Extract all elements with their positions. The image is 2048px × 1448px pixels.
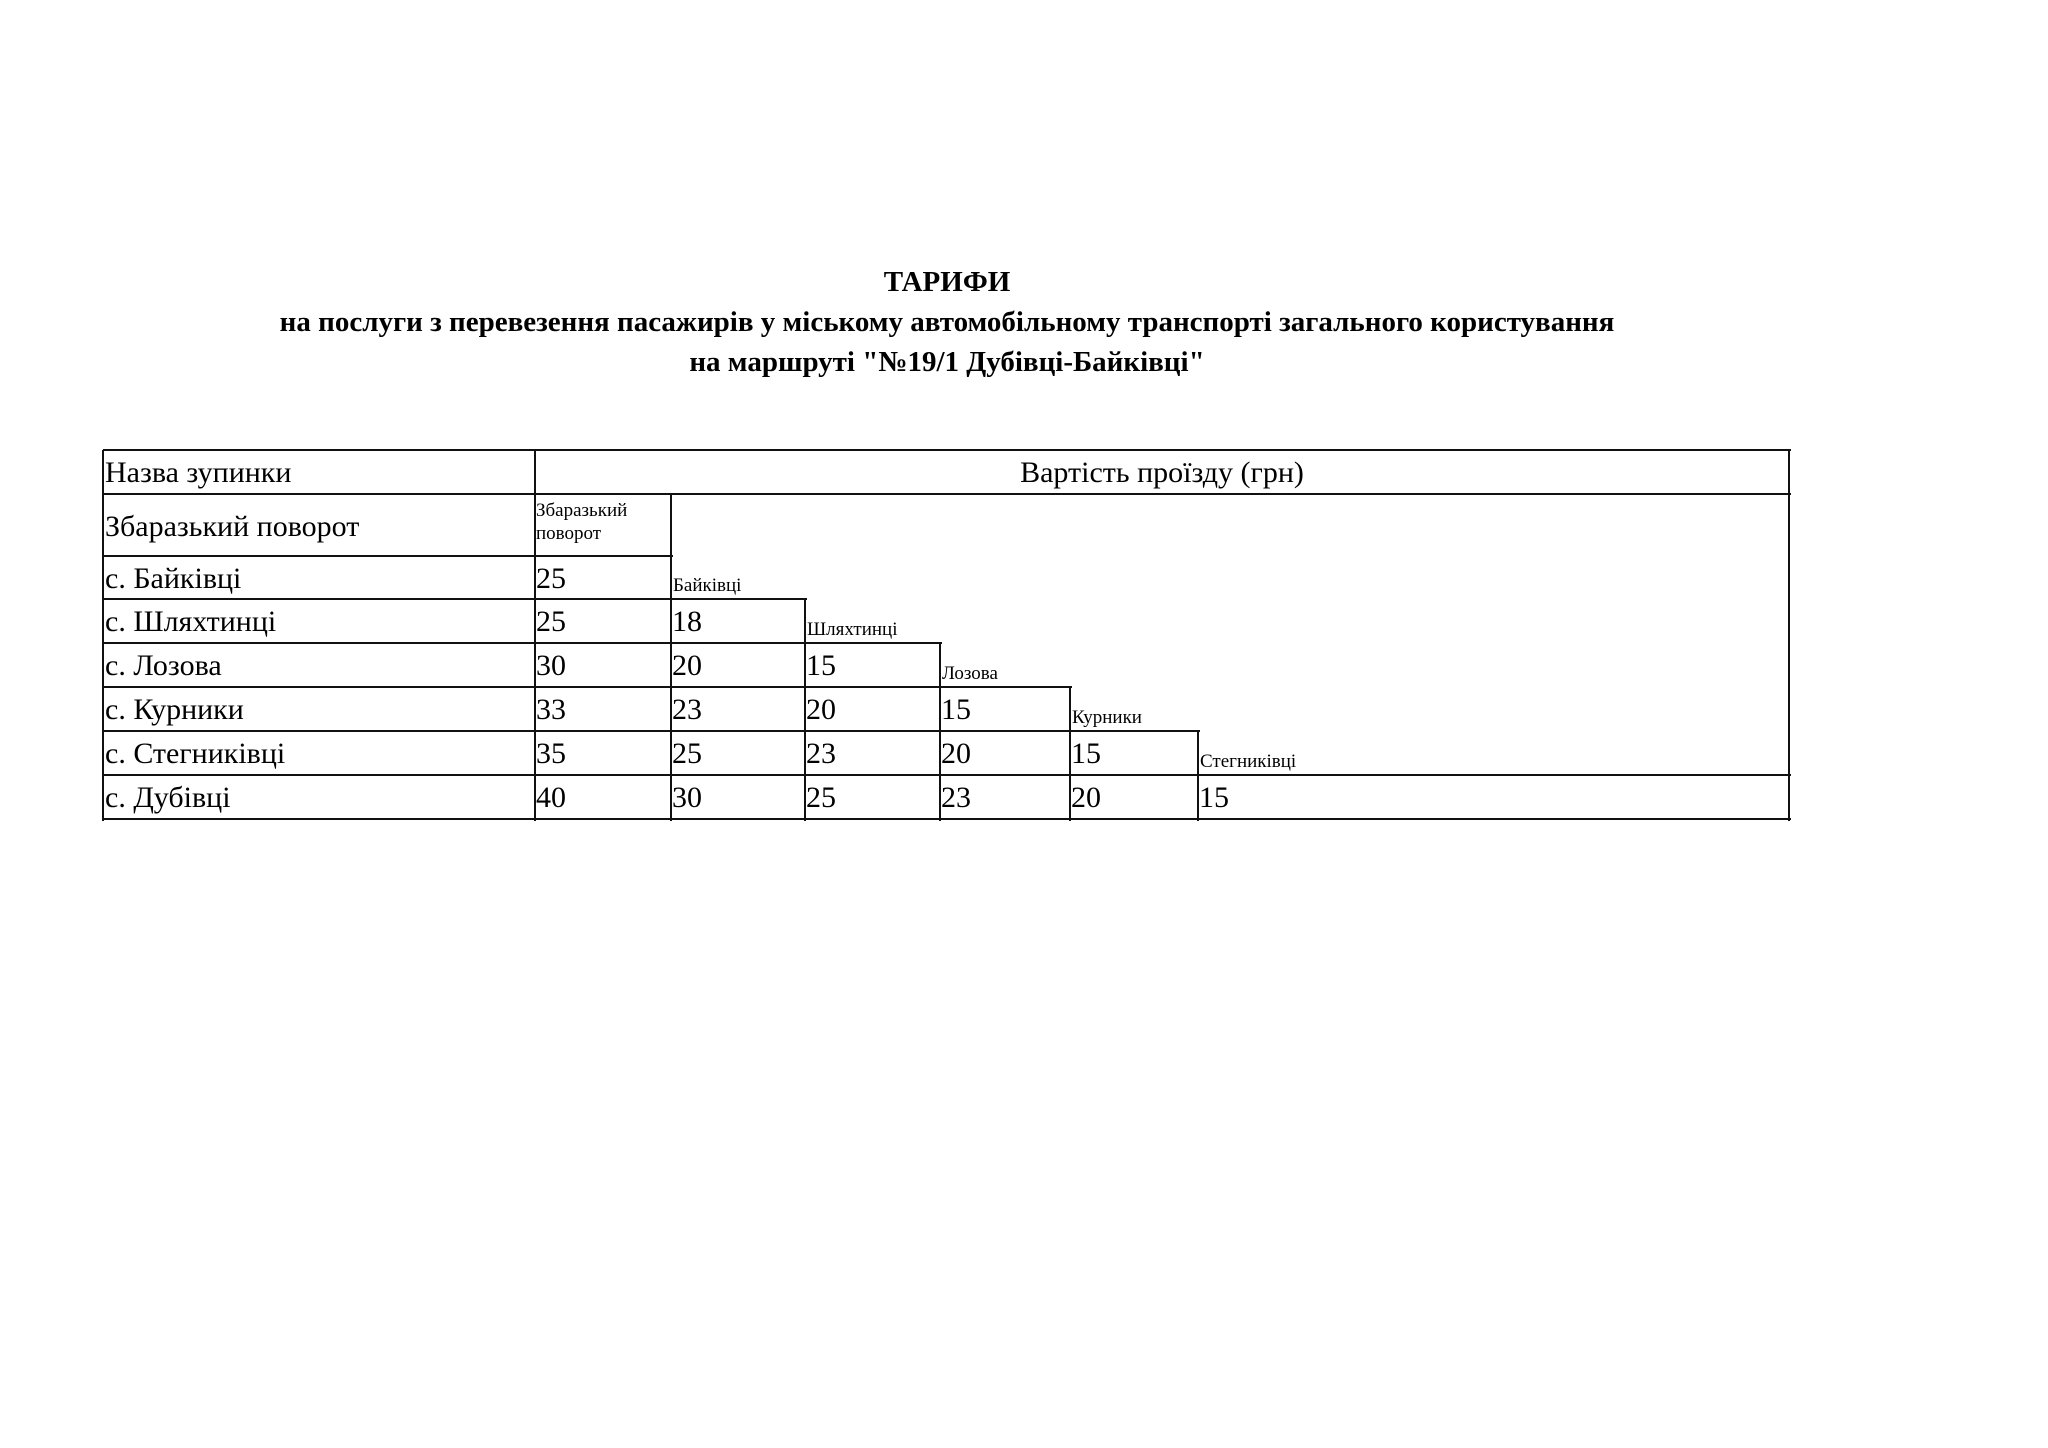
fare-cell: 35 [536, 739, 566, 769]
fare-cell: 23 [672, 695, 702, 725]
fare-cell: 25 [536, 607, 566, 637]
fare-cell: 23 [806, 739, 836, 769]
column-label-first-stop-line: Збаразький [536, 499, 627, 522]
table-rule [1069, 687, 1071, 733]
table-rule [103, 449, 1791, 451]
fare-cell: 20 [806, 695, 836, 725]
row-label: с. Лозова [105, 651, 222, 681]
table-rule [103, 555, 537, 557]
fare-cell: 15 [806, 651, 836, 681]
row-label: с. Байківці [105, 564, 241, 594]
fare-table: Назва зупинки Вартість проїзду (грн) Зба… [0, 0, 2048, 1448]
table-rule [103, 686, 537, 688]
column-label: Курники [1072, 706, 1142, 729]
table-rule [535, 730, 1200, 732]
fare-cell: 25 [672, 739, 702, 769]
table-rule [1788, 450, 1790, 821]
table-rule [1788, 775, 1790, 821]
column-label: Лозова [942, 662, 998, 685]
fare-cell: 25 [536, 564, 566, 594]
fare-cell: 20 [1071, 783, 1101, 813]
column-label: Байківці [673, 574, 741, 597]
table-rule [535, 642, 942, 644]
table-rule [103, 598, 537, 600]
column-label: Шляхтинці [807, 618, 898, 641]
fare-cell: 15 [941, 695, 971, 725]
fare-cell: 40 [536, 783, 566, 813]
fare-cell: 25 [806, 783, 836, 813]
table-rule [535, 774, 1791, 776]
fare-cell: 30 [536, 651, 566, 681]
table-rule [670, 556, 672, 601]
header-stop-name: Назва зупинки [105, 458, 291, 488]
table-rule [535, 818, 1791, 820]
table-rule [804, 599, 806, 645]
row-label: с. Курники [105, 695, 244, 725]
fare-cell: 33 [536, 695, 566, 725]
table-rule [1197, 731, 1199, 777]
column-label-first-stop: Збаразькийповорот [536, 499, 627, 545]
table-rule [103, 642, 537, 644]
table-rule [103, 774, 537, 776]
fare-cell: 15 [1071, 739, 1101, 769]
table-rule [535, 555, 673, 557]
table-rule [103, 818, 537, 820]
column-label: Стегниківці [1200, 750, 1296, 773]
header-fare: Вартість проїзду (грн) [1020, 458, 1304, 488]
fare-cell: 18 [672, 607, 702, 637]
fare-cell: 23 [941, 783, 971, 813]
fare-cell: 20 [672, 651, 702, 681]
column-label-first-stop-line: поворот [536, 522, 627, 545]
table-rule [103, 493, 1791, 495]
row-label: с. Шляхтинці [105, 607, 276, 637]
row-label: с. Дубівці [105, 783, 231, 813]
row-label: с. Стегниківці [105, 739, 285, 769]
fare-cell: 30 [672, 783, 702, 813]
table-rule [103, 730, 537, 732]
fare-cell: 15 [1199, 783, 1229, 813]
row-label-first-stop: Збаразький поворот [105, 512, 359, 542]
table-rule [102, 450, 104, 821]
fare-cell: 20 [941, 739, 971, 769]
table-rule [939, 643, 941, 689]
